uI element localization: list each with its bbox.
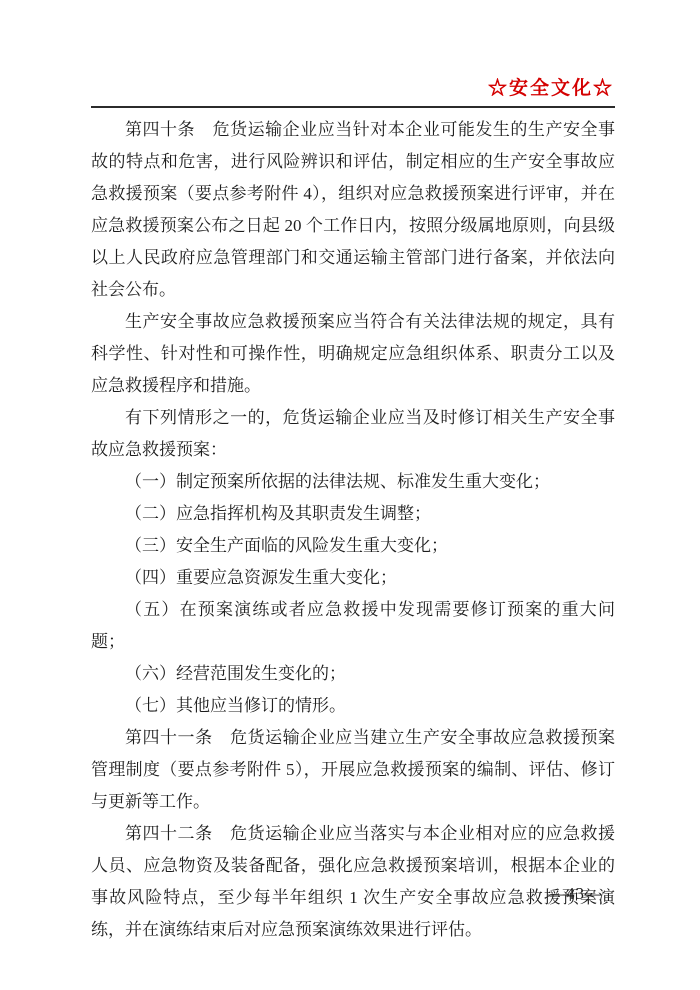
article-paragraph: 第四十一条 危货运输企业应当建立生产安全事故应急救援预案管理制度（要点参考附件 … <box>91 722 615 818</box>
article-paragraph: 第四十二条 危货运输企业应当落实与本企业相对应的应急救援人员、应急物资及装备配备… <box>91 818 615 946</box>
list-item: （三）安全生产面临的风险发生重大变化； <box>91 530 615 562</box>
article-body: 第四十条 危货运输企业应当针对本企业可能发生的生产安全事故的特点和危害，进行风险… <box>91 108 615 946</box>
list-item: （六）经营范围发生变化的； <box>91 658 615 690</box>
masthead-title: ☆安全文化☆ <box>91 76 615 102</box>
page-content: ☆安全文化☆ 第四十条 危货运输企业应当针对本企业可能发生的生产安全事故的特点和… <box>91 76 615 946</box>
page-number: —43— <box>548 884 603 904</box>
document-page: ☆安全文化☆ 第四十条 危货运输企业应当针对本企业可能发生的生产安全事故的特点和… <box>0 0 700 990</box>
article-paragraph: 生产安全事故应急救援预案应当符合有关法律法规的规定，具有科学性、针对性和可操作性… <box>91 306 615 402</box>
list-item: （七）其他应当修订的情形。 <box>91 690 615 722</box>
list-item: （五）在预案演练或者应急救援中发现需要修订预案的重大问题； <box>91 594 615 658</box>
article-paragraph: 有下列情形之一的，危货运输企业应当及时修订相关生产安全事故应急救援预案： <box>91 402 615 466</box>
article-paragraph: 第四十条 危货运输企业应当针对本企业可能发生的生产安全事故的特点和危害，进行风险… <box>91 114 615 306</box>
list-item: （二）应急指挥机构及其职责发生调整； <box>91 498 615 530</box>
list-item: （四）重要应急资源发生重大变化； <box>91 562 615 594</box>
list-item: （一）制定预案所依据的法律法规、标准发生重大变化； <box>91 466 615 498</box>
